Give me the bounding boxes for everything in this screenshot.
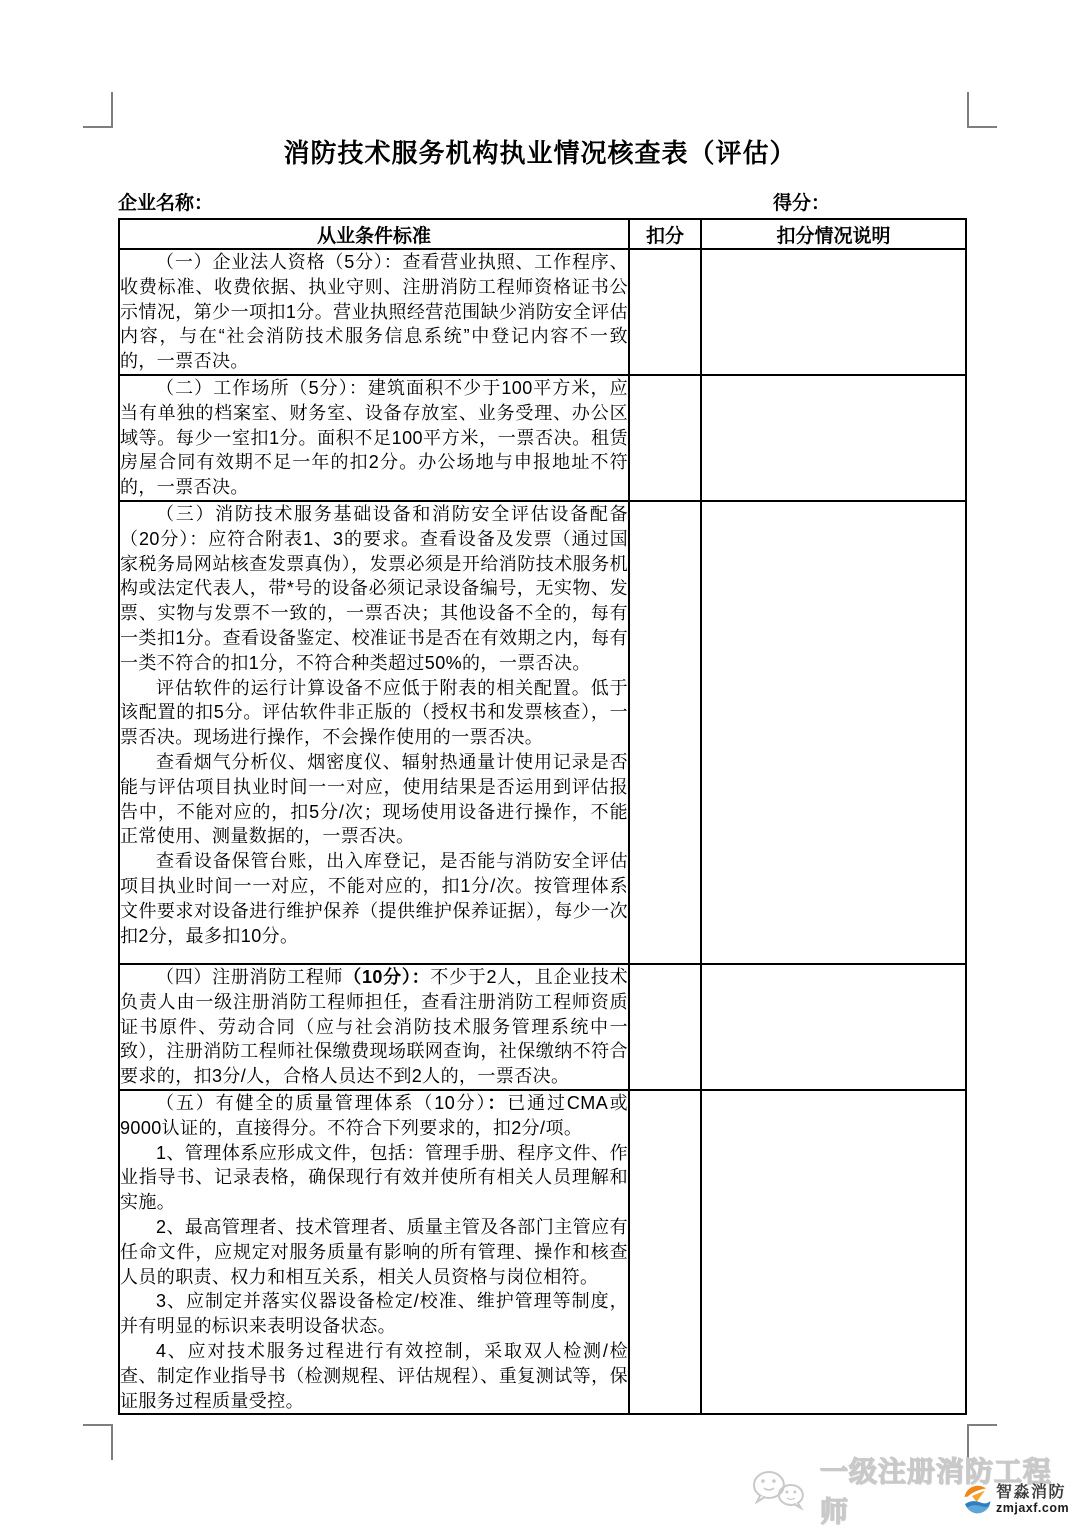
- table-row: （一）企业法人资格（5分）：查看营业执照、工作程序、收费标准、收费依据、执业守则…: [119, 249, 966, 375]
- brand-domain: zmjaxf.com: [996, 1502, 1069, 1515]
- deduction-cell: [629, 375, 701, 501]
- document-page: 消防技术服务机构执业情况核查表（评估） 企业名称： 得分： 从业条件标准 扣分 …: [0, 0, 1080, 1528]
- wechat-icon: [750, 1468, 810, 1512]
- criteria-paragraph: （五）有健全的质量管理体系（10分）：已通过CMA或9000认证的，直接得分。不…: [120, 1091, 628, 1141]
- meta-row: 企业名称： 得分：: [118, 188, 965, 214]
- brand-name: 智淼消防: [996, 1484, 1069, 1502]
- table-row: （三）消防技术服务基础设备和消防安全评估设备配备（20分）：应符合附表1、3的要…: [119, 501, 966, 964]
- deduction-cell: [629, 964, 701, 1090]
- criteria-paragraph: 2、最高管理者、技术管理者、质量主管及各部门主管应有任命文件，应规定对服务质量有…: [120, 1215, 628, 1289]
- crop-mark-top-right: [967, 92, 997, 128]
- criteria-paragraph: （四）注册消防工程师（10分）：不少于2人，且企业技术负责人由一级注册消防工程师…: [120, 965, 628, 1089]
- criteria-paragraph: （一）企业法人资格（5分）：查看营业执照、工作程序、收费标准、收费依据、执业守则…: [120, 250, 628, 374]
- table-row: （五）有健全的质量管理体系（10分）：已通过CMA或9000认证的，直接得分。不…: [119, 1090, 966, 1414]
- column-header-criteria: 从业条件标准: [119, 219, 629, 249]
- header-row: 从业条件标准 扣分 扣分情况说明: [119, 219, 966, 249]
- deduction-cell: [629, 249, 701, 375]
- table-row: （四）注册消防工程师（10分）：不少于2人，且企业技术负责人由一级注册消防工程师…: [119, 964, 966, 1090]
- criteria-paragraph: 查看烟气分析仪、烟密度仪、辐射热通量计使用记录是否能与评估项目执业时间一一对应，…: [120, 750, 628, 849]
- column-header-explanation: 扣分情况说明: [701, 219, 966, 249]
- deduction-cell: [629, 501, 701, 964]
- criteria-paragraph: 3、应制定并落实仪器设备检定/校准、维护管理等制度，并有明显的标识来表明设备状态…: [120, 1289, 628, 1339]
- explanation-cell: [701, 375, 966, 501]
- explanation-cell: [701, 501, 966, 964]
- zhimiao-logo-icon: [962, 1484, 993, 1515]
- deduction-cell: [629, 1090, 701, 1414]
- crop-mark-top-left: [83, 92, 113, 128]
- criteria-paragraph: （三）消防技术服务基础设备和消防安全评估设备配备（20分）：应符合附表1、3的要…: [120, 502, 628, 676]
- criteria-paragraph: 查看设备保管台账，出入库登记，是否能与消防安全评估项目执业时间一一对应，不能对应…: [120, 849, 628, 948]
- explanation-cell: [701, 249, 966, 375]
- page-title: 消防技术服务机构执业情况核查表（评估）: [0, 133, 1080, 170]
- criteria-paragraph: 评估软件的运行计算设备不应低于附表的相关配置。低于该配置的扣5分。评估软件非正版…: [120, 676, 628, 750]
- criteria-paragraph: （二）工作场所（5分）：建筑面积不少于100平方米，应当有单独的档案室、财务室、…: [120, 376, 628, 500]
- company-name-label: 企业名称：: [118, 193, 213, 214]
- explanation-cell: [701, 964, 966, 1090]
- criteria-paragraph: 1、管理体系应形成文件，包括：管理手册、程序文件、作业指导书、记录表格，确保现行…: [120, 1141, 628, 1215]
- criteria-cell: （二）工作场所（5分）：建筑面积不少于100平方米，应当有单独的档案室、财务室、…: [119, 375, 629, 501]
- column-header-deduction: 扣分: [629, 219, 701, 249]
- criteria-paragraph: 4、应对技术服务过程进行有效控制，采取双人检测/检查、制定作业指导书（检测规程、…: [120, 1339, 628, 1413]
- criteria-cell: （五）有健全的质量管理体系（10分）：已通过CMA或9000认证的，直接得分。不…: [119, 1090, 629, 1414]
- checklist-table: 从业条件标准 扣分 扣分情况说明 （一）企业法人资格（5分）：查看营业执照、工作…: [118, 218, 967, 1415]
- criteria-cell: （一）企业法人资格（5分）：查看营业执照、工作程序、收费标准、收费依据、执业守则…: [119, 249, 629, 375]
- criteria-cell: （四）注册消防工程师（10分）：不少于2人，且企业技术负责人由一级注册消防工程师…: [119, 964, 629, 1090]
- crop-mark-bottom-left: [83, 1424, 113, 1460]
- explanation-cell: [701, 1090, 966, 1414]
- criteria-cell: （三）消防技术服务基础设备和消防安全评估设备配备（20分）：应符合附表1、3的要…: [119, 501, 629, 964]
- score-label: 得分：: [773, 188, 830, 215]
- zhimiao-logo: 智淼消防 zmjaxf.com: [962, 1484, 1069, 1515]
- table-row: （二）工作场所（5分）：建筑面积不少于100平方米，应当有单独的档案室、财务室、…: [119, 375, 966, 501]
